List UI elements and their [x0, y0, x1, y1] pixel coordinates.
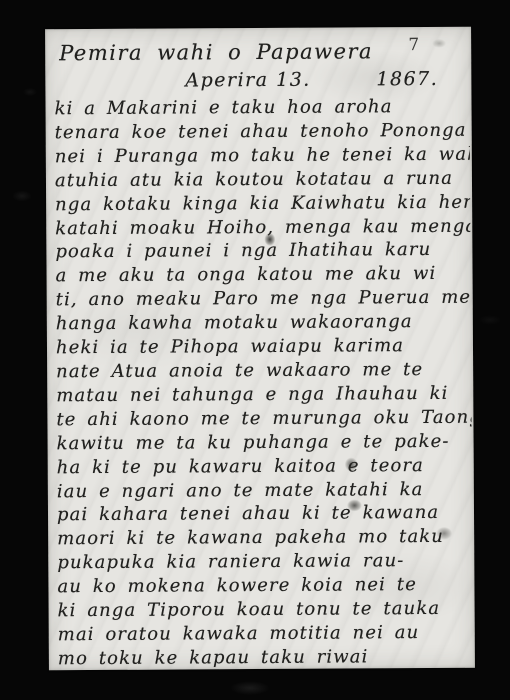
letter-line: au ko mokena kowere koia nei te [57, 573, 472, 599]
letter-line: hanga kawha motaku wakaoranga [56, 310, 471, 336]
letter-year: 1867. [376, 68, 438, 90]
page-number: 7 [408, 35, 419, 55]
letter-line: kawitu me ta ku puhanga e te pake- [57, 429, 472, 455]
letter-line: tenara koe tenei ahau tenoho Pononga [55, 119, 470, 145]
letter-line: maori ki te kawana pakeha mo taku [57, 525, 472, 551]
letter-line: nga kotaku kinga kia Kaiwhatu kia herea [55, 190, 470, 216]
letter-line: ti, ano meaku Paro me nga Puerua me nga [56, 286, 471, 312]
letter-line: ha ki te pu kawaru kaitoa e teora [57, 453, 472, 479]
letter-heading: Pemira wahi o Papawera [59, 39, 373, 65]
letter-line: te ahi kaono me te murunga oku Taonga [56, 405, 471, 431]
letter-line: nei i Puranga mo taku he tenei ka waha [55, 143, 470, 169]
letter-line: poaka i paunei i nga Ihatihau karu [55, 238, 470, 264]
letter-line: ki a Makarini e taku hoa aroha [54, 95, 469, 121]
letter-line: nate Atua anoia te wakaaro me te [56, 358, 471, 384]
letter-line: ki anga Tiporou koau tonu te tauka [58, 597, 473, 623]
letter-line: atuhia atu kia koutou kotatau a runa [55, 166, 470, 192]
letter-line: pukapuka kia raniera kawia rau- [57, 549, 472, 575]
letter-date-row: Aperira 13. 1867. [185, 68, 438, 92]
letter-line: matau nei tahunga e nga Ihauhau ki [56, 382, 471, 408]
photo-background: Pemira wahi o Papawera 7 Aperira 13. 186… [0, 0, 510, 700]
letter-body: ki a Makarini e taku hoa arohatenara koe… [54, 95, 472, 669]
letter-paper: Pemira wahi o Papawera 7 Aperira 13. 186… [45, 27, 475, 671]
letter-date: Aperira 13. [185, 69, 311, 92]
letter-line: heki ia te Pihopa waiapu karima [56, 334, 471, 360]
letter-line: mo toku ke kapau taku riwai [58, 645, 473, 669]
letter-line: iau e ngari ano te mate katahi ka [57, 477, 472, 503]
letter-line: mai oratou kawaka motitia nei au [58, 621, 473, 647]
letter-line: pai kahara tenei ahau ki te kawana [57, 501, 472, 527]
letter-line: a me aku ta onga katou me aku wi [55, 262, 470, 288]
letter-line: katahi moaku Hoiho, menga kau menga [55, 214, 470, 240]
